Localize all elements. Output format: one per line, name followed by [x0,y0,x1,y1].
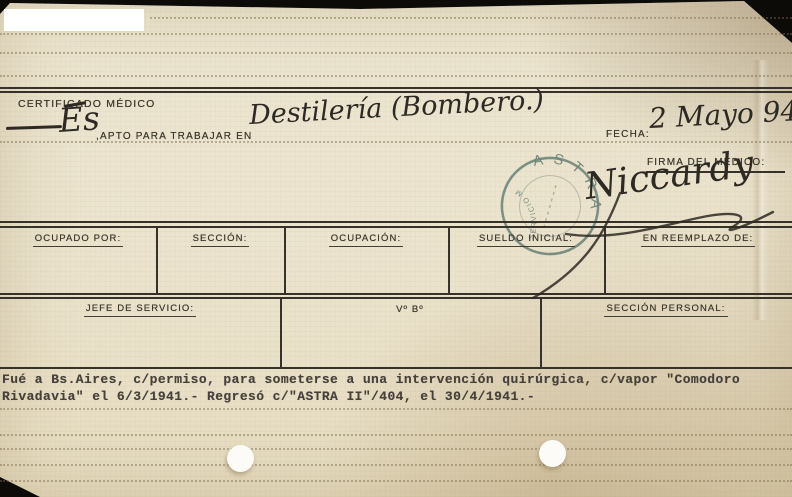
table-border [0,297,792,299]
typed-note-line1: Fué a Bs.Aires, c/permiso, para someters… [2,372,740,387]
field-ocupado-por: OCUPADO POR: [0,233,156,244]
hole-punch [227,445,254,472]
scanned-document: CERTIFICADO MÉDICO Es ,APTO PARA TRABAJA… [0,0,792,497]
rule-line [0,87,792,89]
field-seccion-personal: SECCIÓN PERSONAL: [540,303,792,314]
ruled-line [0,52,792,54]
field-jefe-de-servicio: JEFE DE SERVICIO: [0,303,280,314]
hole-punch [539,440,566,467]
field-visto-bueno: Vº Bº [280,304,540,315]
ruled-line [0,33,792,35]
table-border [0,367,792,369]
ruled-line [0,408,792,410]
ruled-line [0,448,792,450]
ruled-line [0,141,792,143]
ruled-line [0,464,792,466]
field-seccion: SECCIÓN: [156,233,284,244]
typed-note-line2: Rivadavia" el 6/3/1941.- Regresó c/"ASTR… [2,389,535,404]
table-border [0,293,792,295]
ruled-line [150,17,792,19]
field-ocupacion: OCUPACIÓN: [284,233,448,244]
ruled-line [0,75,792,77]
fecha-label: FECHA: [606,129,650,140]
redacted-area [4,9,144,31]
ruled-line [0,480,792,482]
ruled-line [0,434,792,436]
